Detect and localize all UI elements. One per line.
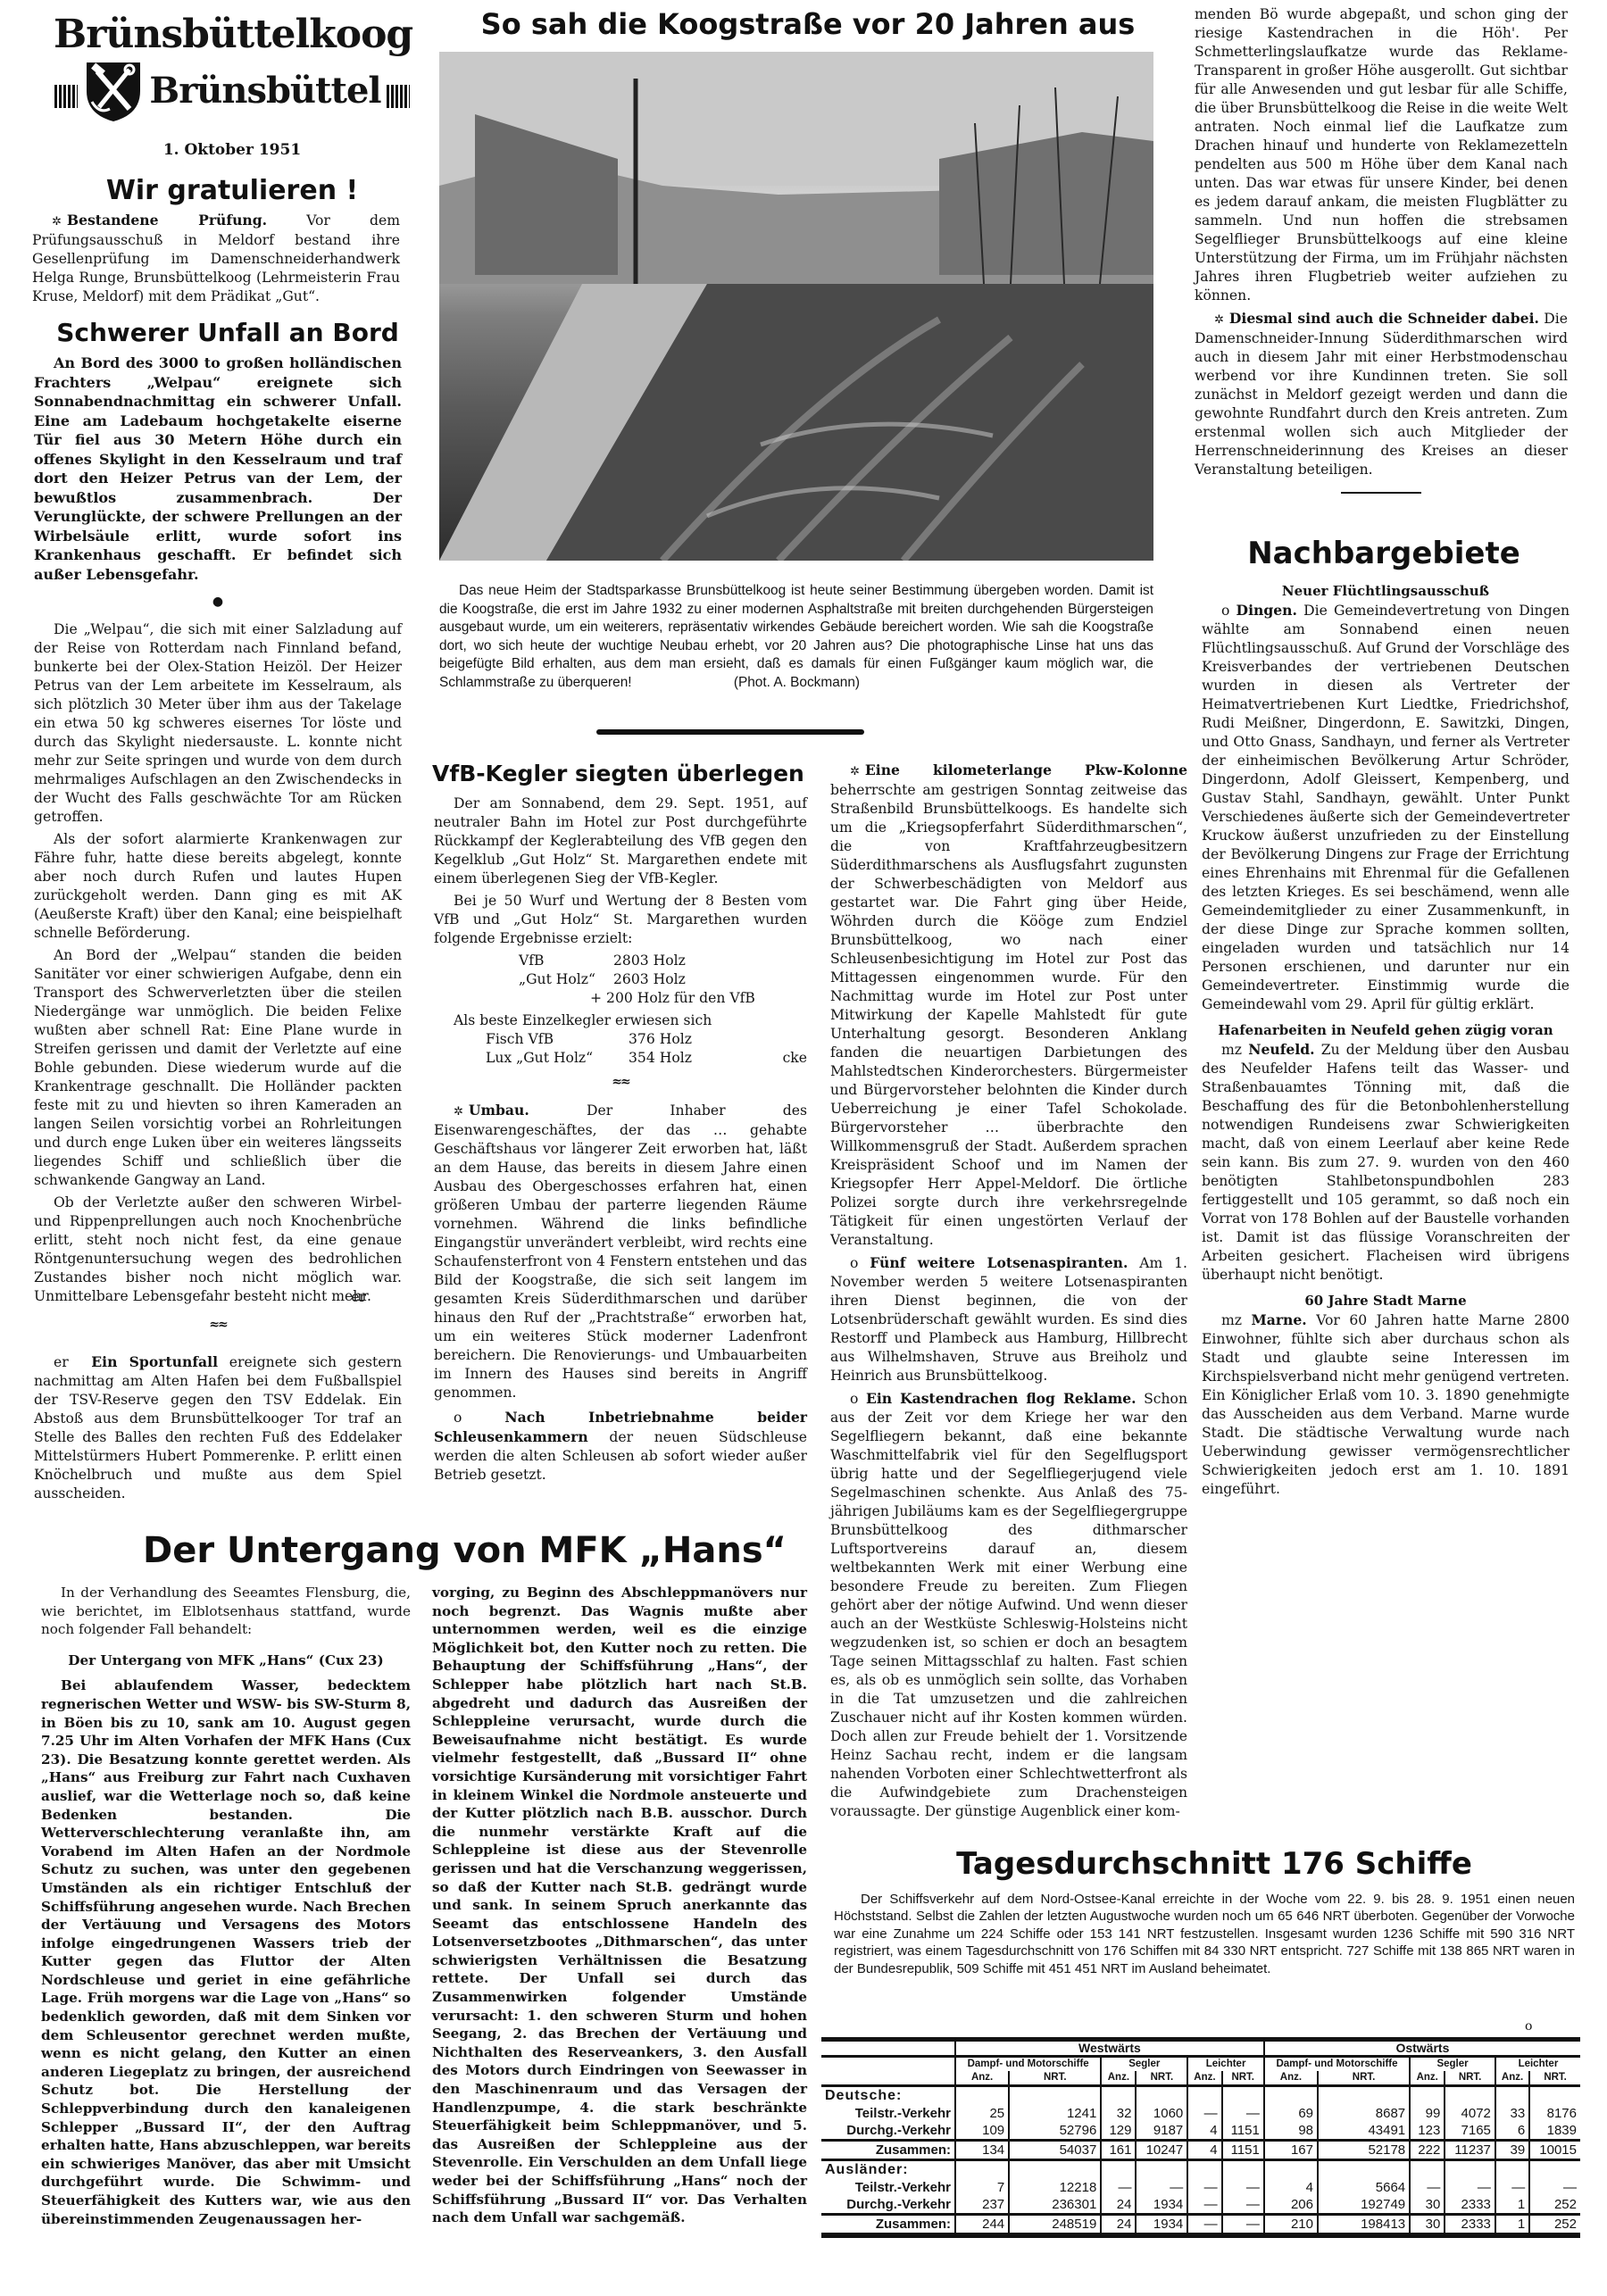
- street-photo: [439, 52, 1153, 561]
- wave-divider: ≈≈: [34, 1316, 402, 1335]
- table-cell: —: [1495, 2179, 1529, 2196]
- unfall-lead: An Bord des 3000 to großen holländischen…: [34, 354, 402, 584]
- kegler-headline: VfB-Kegler siegten überlegen: [432, 761, 807, 786]
- table-cell: 11237: [1445, 2141, 1495, 2160]
- table-cell: 10247: [1136, 2141, 1187, 2160]
- koogstrasse-headline: So sah die Koogstraße vor 20 Jahren aus: [429, 7, 1187, 41]
- subhead-neufeld: Hafenarbeiten in Neufeld gehen zügig vor…: [1202, 1021, 1570, 1040]
- table-cell: —: [1222, 2179, 1264, 2196]
- table-cell: 52178: [1318, 2141, 1410, 2160]
- table-cell: 4072: [1445, 2105, 1495, 2122]
- table-cell: —: [1187, 2105, 1221, 2122]
- table-cell: 99: [1410, 2105, 1445, 2122]
- table-cell: 69: [1264, 2105, 1318, 2122]
- table-row: Zusammen:1345403716110247411511675217822…: [821, 2141, 1580, 2160]
- table-cell: 123: [1410, 2122, 1445, 2141]
- table-cell: 24: [1101, 2196, 1136, 2215]
- masthead: Brünsbüttelkoog Brünsbüttel: [54, 12, 411, 146]
- wir-gratulieren-headline: Wir gratulieren !: [54, 175, 411, 206]
- banner-left: [54, 85, 78, 108]
- table-cell: —: [1222, 2215, 1264, 2236]
- table-cell: 1934: [1136, 2196, 1187, 2215]
- shipping-table: Westwärts Ostwärts Dampf- und Motorschif…: [821, 2037, 1580, 2238]
- drachen-continuation: menden Bö wurde abgepaßt, und schon ging…: [1195, 5, 1568, 510]
- kegler-results: VfB2803 Holz „Gut Holz“2603 Holz + 200 H…: [519, 952, 807, 1008]
- table-cell: 236301: [1009, 2196, 1101, 2215]
- table-row: Teilstr.-Verkehr251241321060——6986879940…: [821, 2105, 1580, 2122]
- nachbargebiete-headline: Nachbargebiete: [1196, 536, 1571, 571]
- table-cell: 1: [1495, 2215, 1529, 2236]
- table-cell: 1060: [1136, 2105, 1187, 2122]
- unfall-headline: Schwerer Unfall an Bord: [45, 318, 411, 347]
- table-cell: —: [1187, 2179, 1221, 2196]
- table-cell: 12218: [1009, 2179, 1101, 2196]
- star-icon: ✲: [1214, 313, 1224, 327]
- anchor-and-hammer-crest-icon: [83, 59, 144, 123]
- table-cell: 2333: [1445, 2215, 1495, 2236]
- table-cell: 252: [1529, 2215, 1580, 2236]
- table-cell: 10015: [1529, 2141, 1580, 2160]
- table-cell: —: [1410, 2179, 1445, 2196]
- kegler-article: Der am Sonnabend, dem 29. Sept. 1951, au…: [434, 794, 807, 1488]
- table-cell: 52796: [1009, 2122, 1101, 2141]
- table-row: Durchg.-Verkehr237236301241934——20619274…: [821, 2196, 1580, 2215]
- hans-col2: vorging, zu Beginn des Abschleppmanövers…: [432, 1584, 807, 2231]
- table-cell: 134: [955, 2141, 1009, 2160]
- table-cell: 252: [1529, 2196, 1580, 2215]
- table-cell: 1151: [1222, 2122, 1264, 2141]
- star-icon: ✲: [454, 1105, 463, 1119]
- table-cell: 32: [1101, 2105, 1136, 2122]
- table-cell: 8687: [1318, 2105, 1410, 2122]
- table-row: Durchg.-Verkehr1095279612991874115198434…: [821, 2122, 1580, 2141]
- table-cell: 6: [1495, 2122, 1529, 2141]
- table-cell: 39: [1495, 2141, 1529, 2160]
- table-cell: 1241: [1009, 2105, 1101, 2122]
- pkw-article: ✲Eine kilometerlange Pkw-Kolonne beherrs…: [830, 761, 1187, 1825]
- table-cell: 33: [1495, 2105, 1529, 2122]
- banner-right: [387, 85, 410, 108]
- photo-credit: (Phot. A. Bockmann): [734, 675, 860, 690]
- table-row: Zusammen:244248519241934——21019841330233…: [821, 2215, 1580, 2236]
- table-cell: 161: [1101, 2141, 1136, 2160]
- divider-rule: [596, 729, 864, 735]
- star-icon: ✲: [52, 215, 62, 229]
- table-cell: 1151: [1222, 2141, 1264, 2160]
- table-cell: 1839: [1529, 2122, 1580, 2141]
- nachbargebiete-articles: Neuer Flüchtlingsausschuß o Dingen. Die …: [1202, 582, 1570, 1502]
- table-group-row: Deutsche:: [821, 2086, 1580, 2106]
- table-cell: 210: [1264, 2215, 1318, 2236]
- table-cell: 222: [1410, 2141, 1445, 2160]
- table-cell: 43491: [1318, 2122, 1410, 2141]
- table-cell: 1: [1495, 2196, 1529, 2215]
- issue-date: 1. Oktober 1951: [54, 141, 411, 159]
- table-cell: 9187: [1136, 2122, 1187, 2141]
- shipping-table-container: Westwärts Ostwärts Dampf- und Motorschif…: [821, 2037, 1580, 2238]
- table-row: Teilstr.-Verkehr712218————45664————: [821, 2179, 1580, 2196]
- table-cell: 248519: [1009, 2215, 1101, 2236]
- hans-subhead: Der Untergang von MFK „Hans“ (Cux 23): [41, 1651, 411, 1670]
- table-cell: 8176: [1529, 2105, 1580, 2122]
- table-cell: 192749: [1318, 2196, 1410, 2215]
- short-rule: [1341, 492, 1421, 494]
- table-cell: 2333: [1445, 2196, 1495, 2215]
- wave-divider: ≈≈: [434, 1073, 807, 1092]
- table-cell: 98: [1264, 2122, 1318, 2141]
- masthead-subtitle: Brünsbüttel: [149, 69, 380, 113]
- bullet-divider: ●: [34, 593, 402, 611]
- table-cell: 129: [1101, 2122, 1136, 2141]
- hans-col1: In der Verhandlung des Seeamtes Flensbur…: [41, 1584, 411, 2232]
- dir-east: Ostwärts: [1264, 2040, 1580, 2057]
- table-cell: 167: [1264, 2141, 1318, 2160]
- table-cell: 54037: [1009, 2141, 1101, 2160]
- table-cell: 198413: [1318, 2215, 1410, 2236]
- table-group-row: Ausländer:: [821, 2160, 1580, 2180]
- table-cell: —: [1529, 2179, 1580, 2196]
- table-cell: —: [1222, 2196, 1264, 2215]
- table-cell: 25: [955, 2105, 1009, 2122]
- table-cell: —: [1101, 2179, 1136, 2196]
- table-cell: —: [1222, 2105, 1264, 2122]
- table-cell: 7165: [1445, 2122, 1495, 2141]
- subhead-fluechtling: Neuer Flüchtlingsausschuß: [1202, 582, 1570, 601]
- table-cell: 5664: [1318, 2179, 1410, 2196]
- star-icon: ✲: [850, 765, 860, 778]
- table-cell: 237: [955, 2196, 1009, 2215]
- table-cell: —: [1187, 2196, 1221, 2215]
- table-cell: —: [1187, 2215, 1221, 2236]
- schiffe-text: Der Schiffsverkehr auf dem Nord-Ostsee-K…: [834, 1891, 1575, 1977]
- table-cell: 4: [1264, 2179, 1318, 2196]
- table-cell: 109: [955, 2122, 1009, 2141]
- hans-headline: Der Untergang von MFK „Hans“: [143, 1530, 821, 1571]
- table-cell: 7: [955, 2179, 1009, 2196]
- dir-west: Westwärts: [955, 2040, 1264, 2057]
- table-cell: —: [1136, 2179, 1187, 2196]
- table-cell: 206: [1264, 2196, 1318, 2215]
- table-cell: 4: [1187, 2122, 1221, 2141]
- table-cell: 4: [1187, 2141, 1221, 2160]
- table-cell: 244: [955, 2215, 1009, 2236]
- table-cell: —: [1445, 2179, 1495, 2196]
- subhead-marne: 60 Jahre Stadt Marne: [1202, 1292, 1570, 1310]
- table-cell: 24: [1101, 2215, 1136, 2236]
- table-cell: 30: [1410, 2215, 1445, 2236]
- masthead-title: Brünsbüttelkoog: [54, 12, 411, 57]
- table-cell: 1934: [1136, 2215, 1187, 2236]
- wir-gratulieren-article: ✲Bestandene Prüfung. Vor dem Prüfungsaus…: [32, 211, 400, 310]
- schiffe-headline: Tagesdurchschnitt 176 Schiffe: [839, 1846, 1589, 1882]
- photo-caption: Das neue Heim der Stadtsparkasse Brunsbü…: [439, 582, 1153, 692]
- table-cell: 30: [1410, 2196, 1445, 2215]
- unfall-article: An Bord des 3000 to großen holländischen…: [34, 354, 402, 1507]
- mark: o: [1525, 2019, 1532, 2034]
